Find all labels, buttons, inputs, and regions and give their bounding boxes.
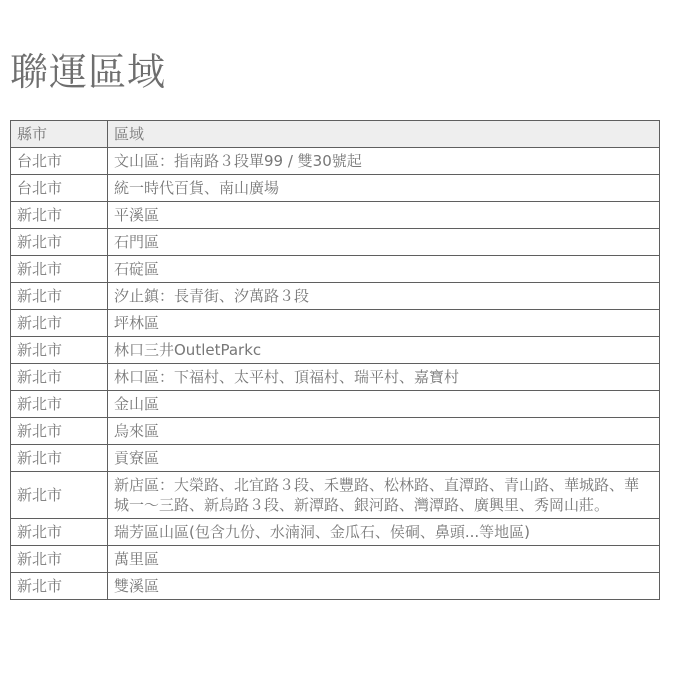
city-cell: 新北市	[11, 518, 108, 545]
table-row: 台北市 統一時代百貨、南山廣場	[11, 174, 660, 201]
table-row: 新北市 萬里區	[11, 545, 660, 572]
region-cell: 貢寮區	[108, 444, 660, 471]
city-cell: 新北市	[11, 282, 108, 309]
city-cell: 台北市	[11, 147, 108, 174]
region-cell: 雙溪區	[108, 572, 660, 599]
region-cell: 金山區	[108, 390, 660, 417]
table-row: 新北市 石碇區	[11, 255, 660, 282]
region-cell: 石門區	[108, 228, 660, 255]
city-cell: 新北市	[11, 336, 108, 363]
header-row: 縣市 區域	[11, 120, 660, 147]
city-cell: 新北市	[11, 417, 108, 444]
city-cell: 新北市	[11, 444, 108, 471]
table-row: 新北市 林口三井OutletParkc	[11, 336, 660, 363]
region-cell: 石碇區	[108, 255, 660, 282]
city-cell: 新北市	[11, 309, 108, 336]
table-row: 新北市 坪林區	[11, 309, 660, 336]
table-row: 新北市 新店區：大榮路、北宜路３段、禾豐路、松林路、直潭路、青山路、華城路、華城…	[11, 471, 660, 518]
table-row: 新北市 瑞芳區山區(包含九份、水湳洞、金瓜石、侯硐、鼻頭...等地區)	[11, 518, 660, 545]
region-cell: 平溪區	[108, 201, 660, 228]
page-title: 聯運區域	[10, 0, 664, 120]
city-cell: 新北市	[11, 471, 108, 518]
table-row: 新北市 石門區	[11, 228, 660, 255]
table-row: 新北市 林口區：下福村、太平村、頂福村、瑞平村、嘉寶村	[11, 363, 660, 390]
region-cell: 林口三井OutletParkc	[108, 336, 660, 363]
region-cell: 統一時代百貨、南山廣場	[108, 174, 660, 201]
table-row: 台北市 文山區：指南路３段單99 / 雙30號起	[11, 147, 660, 174]
page-container: 聯運區域 縣市 區域 台北市 文山區：指南路３段單99 / 雙30號起 台北市 …	[0, 0, 674, 600]
region-table: 縣市 區域 台北市 文山區：指南路３段單99 / 雙30號起 台北市 統一時代百…	[10, 120, 660, 600]
table-row: 新北市 汐止鎮：長青街、汐萬路３段	[11, 282, 660, 309]
table-row: 新北市 金山區	[11, 390, 660, 417]
city-cell: 新北市	[11, 255, 108, 282]
region-cell: 萬里區	[108, 545, 660, 572]
region-cell: 坪林區	[108, 309, 660, 336]
header-region: 區域	[108, 120, 660, 147]
city-cell: 新北市	[11, 201, 108, 228]
city-cell: 新北市	[11, 228, 108, 255]
table-row: 新北市 烏來區	[11, 417, 660, 444]
city-cell: 新北市	[11, 545, 108, 572]
region-cell: 瑞芳區山區(包含九份、水湳洞、金瓜石、侯硐、鼻頭...等地區)	[108, 518, 660, 545]
table-row: 新北市 雙溪區	[11, 572, 660, 599]
city-cell: 台北市	[11, 174, 108, 201]
region-cell: 烏來區	[108, 417, 660, 444]
region-cell: 汐止鎮：長青街、汐萬路３段	[108, 282, 660, 309]
table-row: 新北市 平溪區	[11, 201, 660, 228]
region-cell: 文山區：指南路３段單99 / 雙30號起	[108, 147, 660, 174]
region-cell: 林口區：下福村、太平村、頂福村、瑞平村、嘉寶村	[108, 363, 660, 390]
header-city: 縣市	[11, 120, 108, 147]
region-cell: 新店區：大榮路、北宜路３段、禾豐路、松林路、直潭路、青山路、華城路、華城一～三路…	[108, 471, 660, 518]
table-row: 新北市 貢寮區	[11, 444, 660, 471]
region-table-header: 縣市 區域	[11, 120, 660, 147]
city-cell: 新北市	[11, 572, 108, 599]
city-cell: 新北市	[11, 390, 108, 417]
region-table-body: 台北市 文山區：指南路３段單99 / 雙30號起 台北市 統一時代百貨、南山廣場…	[11, 147, 660, 599]
city-cell: 新北市	[11, 363, 108, 390]
